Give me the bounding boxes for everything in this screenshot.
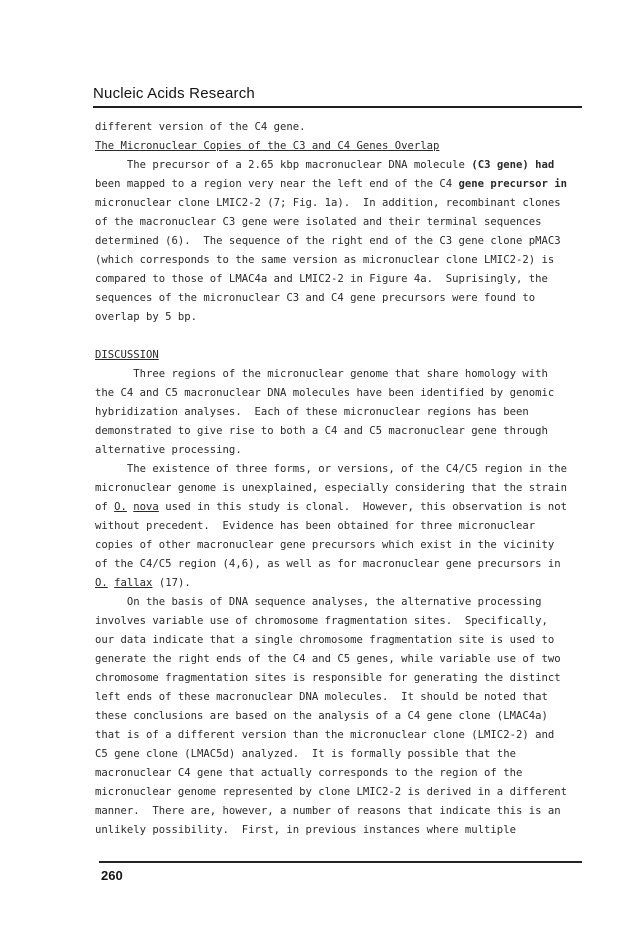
underlined-text: O. xyxy=(114,501,127,513)
text-segment: micronuclear clone LMIC2-2 (7; Fig. 1a).… xyxy=(95,197,561,209)
text-line: that is of a different version than the … xyxy=(95,726,587,745)
text-segment: (17). xyxy=(152,577,190,589)
text-line: The existence of three forms, or version… xyxy=(95,460,587,479)
text-line: macronuclear C4 gene that actually corre… xyxy=(95,764,587,783)
text-segment: macronuclear C4 gene that actually corre… xyxy=(95,767,522,779)
page-number: 260 xyxy=(101,868,123,883)
text-line: Three regions of the micronuclear genome… xyxy=(95,365,587,384)
article-text: different version of the C4 gene.The Mic… xyxy=(95,118,587,840)
text-line: hybridization analyses. Each of these mi… xyxy=(95,403,587,422)
text-segment: the C4 and C5 macronuclear DNA molecules… xyxy=(95,387,554,399)
text-segment: these conclusions are based on the analy… xyxy=(95,710,548,722)
page: Nucleic Acids Research different version… xyxy=(0,0,627,945)
text-segment: Three regions of the micronuclear genome… xyxy=(95,368,548,380)
text-line: compared to those of LMAC4a and LMIC2-2 … xyxy=(95,270,587,289)
text-line: involves variable use of chromosome frag… xyxy=(95,612,587,631)
text-segment: overlap by 5 bp. xyxy=(95,311,197,323)
text-segment: The existence of three forms, or version… xyxy=(95,463,567,475)
text-segment: The precursor of a 2.65 kbp macronuclear… xyxy=(95,159,471,171)
text-line: the C4 and C5 macronuclear DNA molecules… xyxy=(95,384,587,403)
text-segment: (which corresponds to the same version a… xyxy=(95,254,554,266)
underlined-text: DISCUSSION xyxy=(95,349,159,361)
text-line: our data indicate that a single chromoso… xyxy=(95,631,587,650)
text-segment: hybridization analyses. Each of these mi… xyxy=(95,406,529,418)
underlined-text: nova xyxy=(133,501,159,513)
text-segment: left ends of these macronuclear DNA mole… xyxy=(95,691,548,703)
text-line: The Micronuclear Copies of the C3 and C4… xyxy=(95,137,587,156)
text-segment: used in this study is clonal. However, t… xyxy=(159,501,567,513)
text-line: generate the right ends of the C4 and C5… xyxy=(95,650,587,669)
text-line: these conclusions are based on the analy… xyxy=(95,707,587,726)
underlined-text: The Micronuclear Copies of the C3 and C4… xyxy=(95,140,439,152)
text-line: C5 gene clone (LMAC5d) analyzed. It is f… xyxy=(95,745,587,764)
text-segment: manner. There are, however, a number of … xyxy=(95,805,561,817)
underlined-text: O. xyxy=(95,577,108,589)
text-line: alternative processing. xyxy=(95,441,587,460)
text-line: overlap by 5 bp. xyxy=(95,308,587,327)
text-line: different version of the C4 gene. xyxy=(95,118,587,137)
text-segment: of the C4/C5 region (4,6), as well as fo… xyxy=(95,558,561,570)
text-segment: C5 gene clone (LMAC5d) analyzed. It is f… xyxy=(95,748,516,760)
text-segment: gene precursor in xyxy=(459,178,567,190)
text-segment: of the macronuclear C3 gene were isolate… xyxy=(95,216,541,228)
text-segment: different version of the C4 gene. xyxy=(95,121,305,133)
text-line: micronuclear clone LMIC2-2 (7; Fig. 1a).… xyxy=(95,194,587,213)
text-line: micronuclear genome is unexplained, espe… xyxy=(95,479,587,498)
text-segment: compared to those of LMAC4a and LMIC2-2 … xyxy=(95,273,548,285)
text-segment: micronuclear genome is unexplained, espe… xyxy=(95,482,567,494)
footer-rule xyxy=(99,861,582,863)
underlined-text: fallax xyxy=(114,577,152,589)
text-segment: of xyxy=(95,501,114,513)
text-line: The precursor of a 2.65 kbp macronuclear… xyxy=(95,156,587,175)
text-segment: determined (6). The sequence of the righ… xyxy=(95,235,561,247)
text-segment: demonstrated to give rise to both a C4 a… xyxy=(95,425,548,437)
text-segment: generate the right ends of the C4 and C5… xyxy=(95,653,561,665)
text-segment: been mapped to a region very near the le… xyxy=(95,178,459,190)
text-segment: involves variable use of chromosome frag… xyxy=(95,615,548,627)
text-segment: chromosome fragmentation sites is respon… xyxy=(95,672,561,684)
header-rule xyxy=(93,106,582,108)
text-line: chromosome fragmentation sites is respon… xyxy=(95,669,587,688)
text-line: determined (6). The sequence of the righ… xyxy=(95,232,587,251)
text-line: copies of other macronuclear gene precur… xyxy=(95,536,587,555)
text-segment: (C3 gene) had xyxy=(471,159,554,171)
text-segment: micronuclear genome represented by clone… xyxy=(95,786,567,798)
text-line: of the C4/C5 region (4,6), as well as fo… xyxy=(95,555,587,574)
text-line: demonstrated to give rise to both a C4 a… xyxy=(95,422,587,441)
text-line: unlikely possibility. First, in previous… xyxy=(95,821,587,840)
text-line: left ends of these macronuclear DNA mole… xyxy=(95,688,587,707)
text-segment: sequences of the micronuclear C3 and C4 … xyxy=(95,292,535,304)
text-line: of the macronuclear C3 gene were isolate… xyxy=(95,213,587,232)
text-segment: our data indicate that a single chromoso… xyxy=(95,634,554,646)
text-line: micronuclear genome represented by clone… xyxy=(95,783,587,802)
text-line: DISCUSSION xyxy=(95,346,587,365)
text-line xyxy=(95,327,587,346)
text-segment: alternative processing. xyxy=(95,444,242,456)
text-line: manner. There are, however, a number of … xyxy=(95,802,587,821)
text-line: of O. nova used in this study is clonal.… xyxy=(95,498,587,517)
text-segment: copies of other macronuclear gene precur… xyxy=(95,539,554,551)
text-line: without precedent. Evidence has been obt… xyxy=(95,517,587,536)
text-line: On the basis of DNA sequence analyses, t… xyxy=(95,593,587,612)
text-segment: On the basis of DNA sequence analyses, t… xyxy=(95,596,541,608)
text-segment: without precedent. Evidence has been obt… xyxy=(95,520,535,532)
text-segment: unlikely possibility. First, in previous… xyxy=(95,824,516,836)
text-line: (which corresponds to the same version a… xyxy=(95,251,587,270)
text-line: been mapped to a region very near the le… xyxy=(95,175,587,194)
journal-header: Nucleic Acids Research xyxy=(93,85,255,102)
text-line: sequences of the micronuclear C3 and C4 … xyxy=(95,289,587,308)
text-segment: that is of a different version than the … xyxy=(95,729,554,741)
text-line: O. fallax (17). xyxy=(95,574,587,593)
